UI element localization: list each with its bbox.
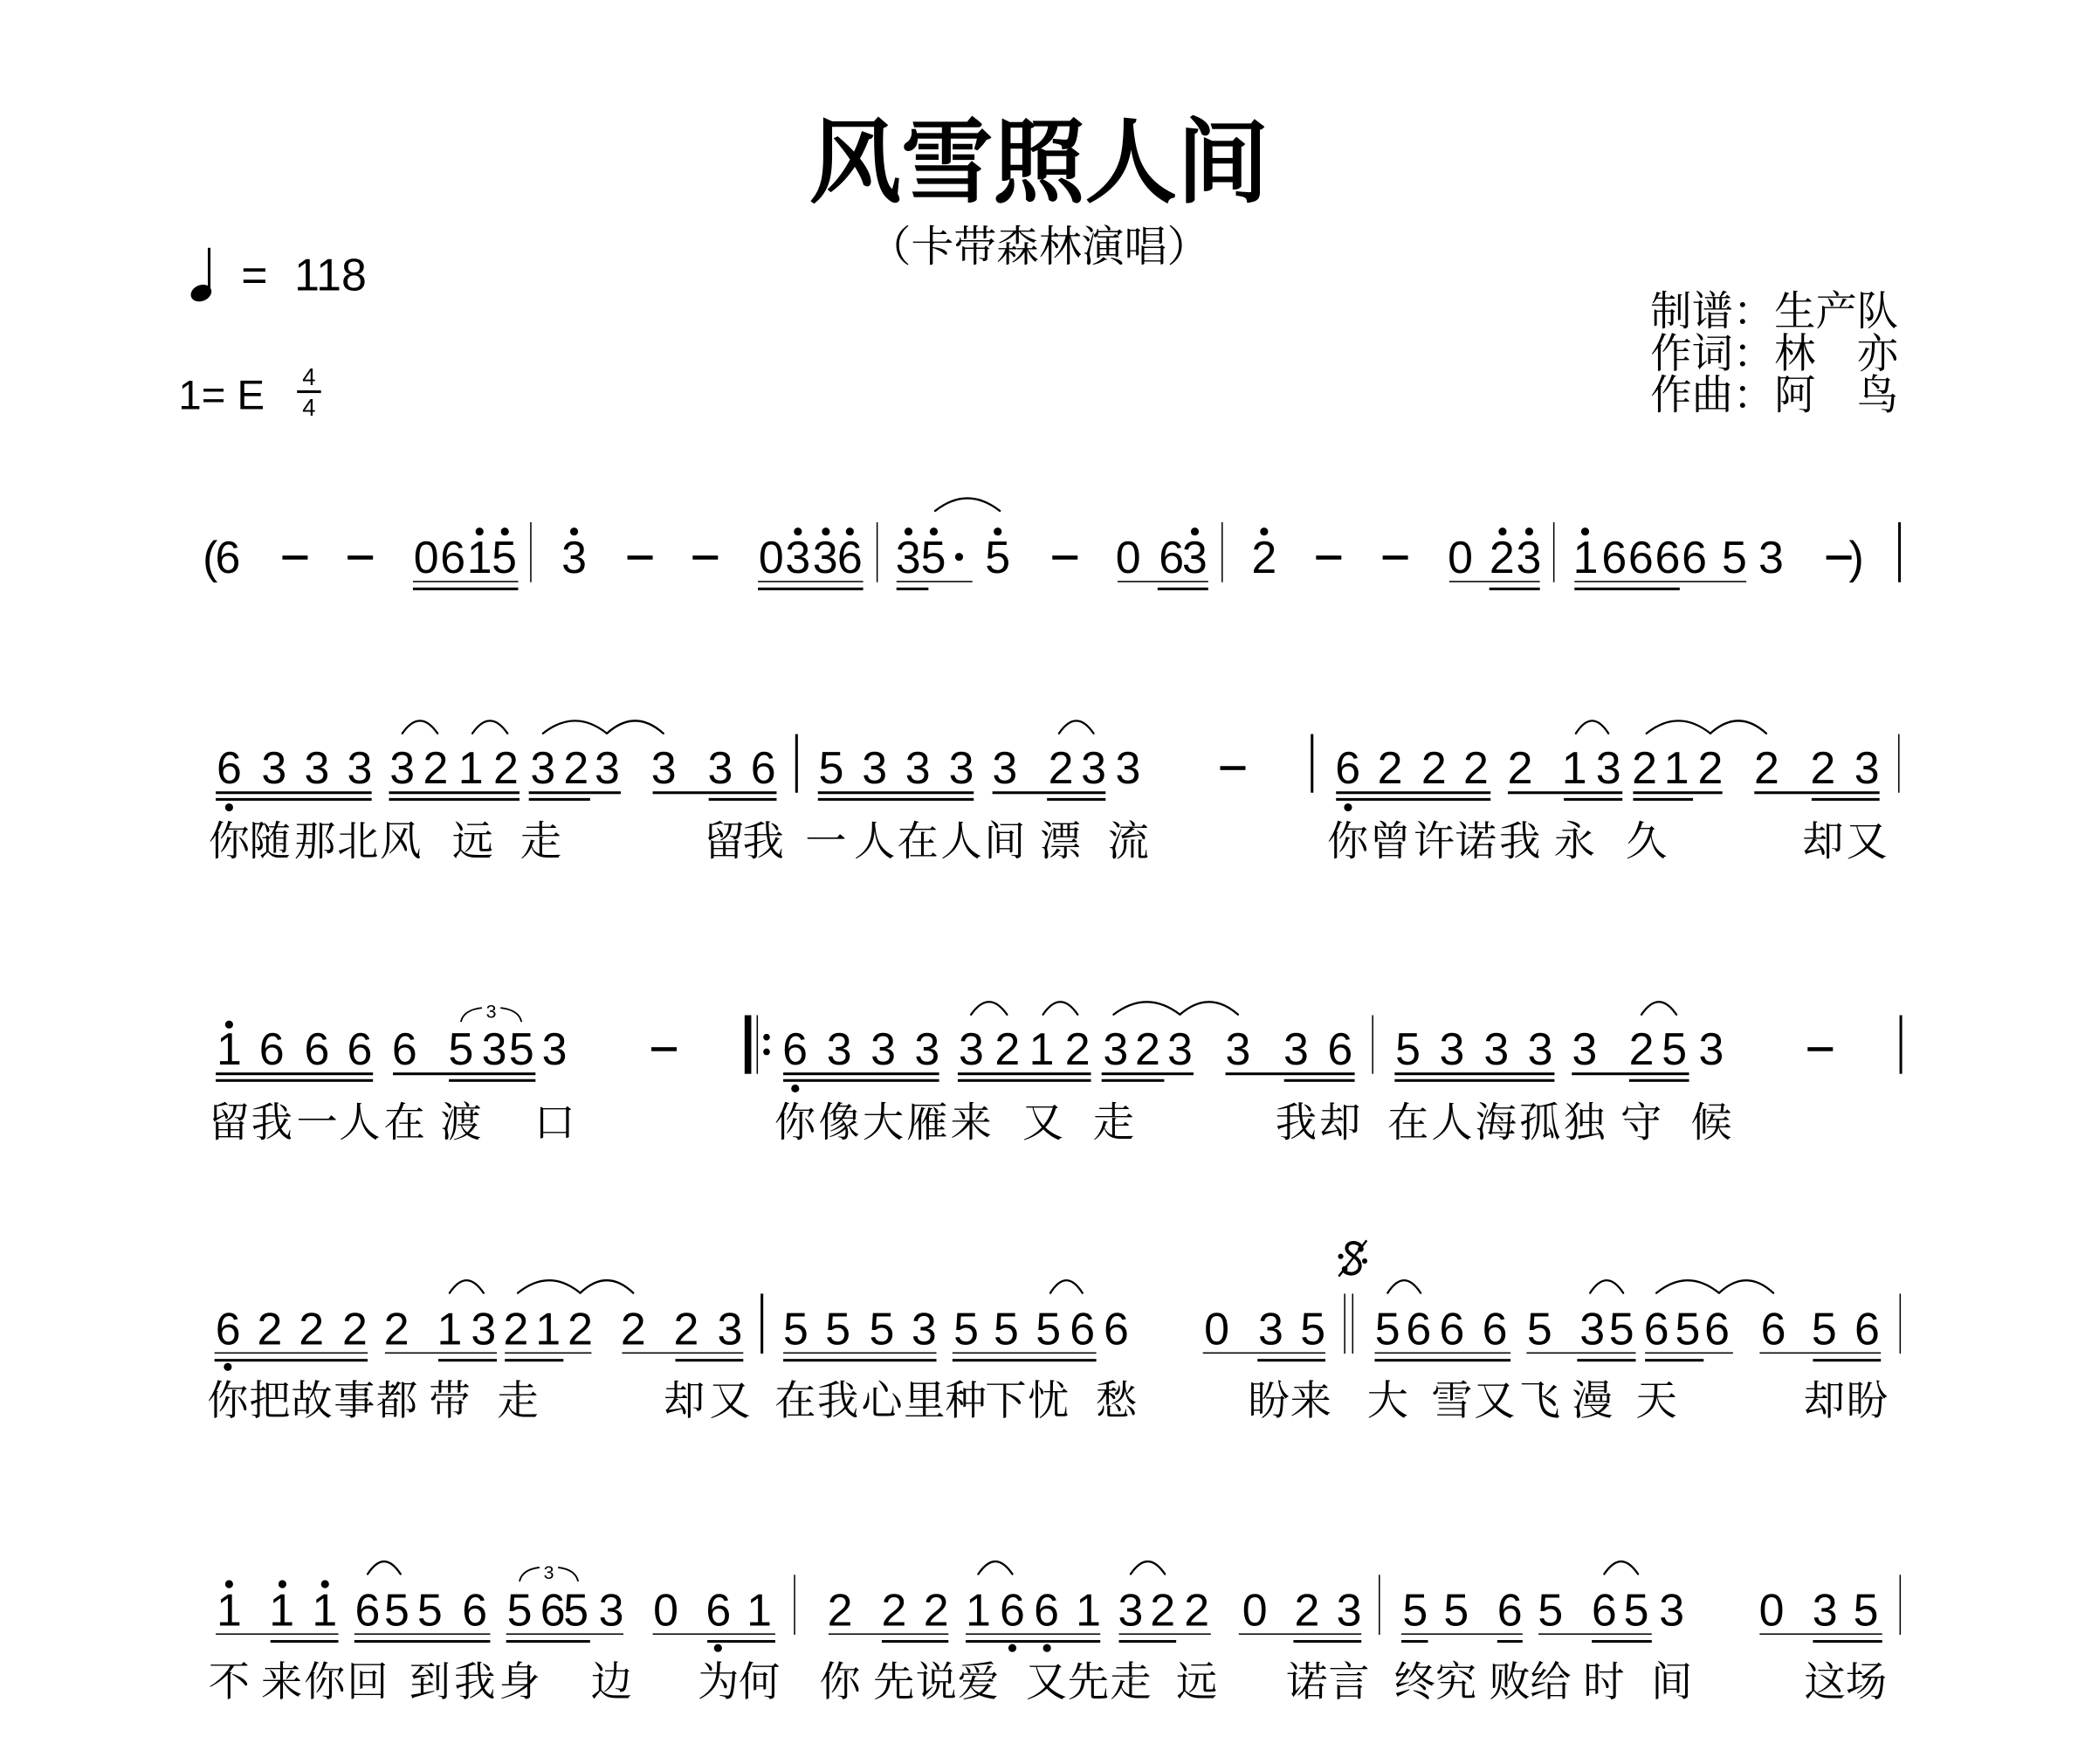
lyric-char: 把 (249, 1382, 290, 1423)
note: 1 (437, 1307, 462, 1353)
note: 6 (1335, 747, 1360, 792)
slur (1576, 720, 1608, 733)
note: 6 (392, 1028, 417, 1073)
note: 2 (1135, 1028, 1160, 1073)
slur (368, 1562, 401, 1575)
note: 3 (1596, 747, 1621, 792)
note: 6 (1483, 1307, 1508, 1353)
note: 2 (1490, 535, 1515, 581)
note: 5 (384, 1588, 409, 1633)
lyric-char: 在 (384, 1103, 425, 1144)
slur (581, 1281, 634, 1293)
lyric-char: 走 (520, 822, 561, 863)
time-signature-bottom: 4 (302, 396, 315, 419)
duration-underline (438, 1359, 497, 1361)
octave-down-dot (224, 1363, 232, 1371)
lyric-char: 我 (743, 822, 784, 863)
duration-underline (1538, 1633, 1652, 1636)
barline (1898, 734, 1900, 793)
note: 2 (1251, 535, 1276, 581)
note: 3 (959, 1028, 984, 1073)
lyric-char: 漫 (1572, 1382, 1613, 1423)
lyric-char: 又 (1474, 1382, 1515, 1423)
note: 1 (535, 1307, 561, 1353)
note: 5 (1722, 535, 1747, 581)
lyric-char: 远 (452, 822, 493, 863)
note: 5 (921, 535, 946, 581)
note: 1 (217, 1028, 242, 1073)
note: 3 (305, 747, 330, 792)
note: 3 (1758, 535, 1784, 581)
lyric-char: 人 (339, 1103, 380, 1144)
lyric-char: 飞 (1519, 1382, 1560, 1423)
barline (876, 523, 877, 582)
lyric-char: 孤 (1519, 1103, 1560, 1144)
score-row-2: 63333212323336533332336222213212223你随那北风… (0, 753, 2078, 872)
slur (607, 720, 664, 733)
lyric-char: 我 (251, 1103, 292, 1144)
note: 3 (347, 747, 372, 792)
note: 5 (825, 1307, 850, 1353)
note: 3 (482, 1028, 507, 1073)
note: 5 (819, 747, 844, 792)
lyric-char: 事 (334, 1382, 375, 1423)
slur (1387, 1281, 1421, 1293)
duration-underline (1395, 1072, 1555, 1075)
tuplet-bracket (558, 1568, 578, 1581)
duration-underline (784, 1352, 937, 1354)
lyric-char: 你 (207, 1382, 248, 1423)
lyric-char: 不 (209, 1663, 250, 1704)
tempo-bpm: 118 (294, 253, 367, 299)
octave-down-dot (714, 1644, 722, 1652)
slur (1043, 1002, 1078, 1014)
slur (450, 1281, 484, 1293)
lyric-char: 人 (940, 822, 981, 863)
lyric-char: 究 (1435, 1663, 1476, 1704)
double-barline (1352, 1294, 1353, 1354)
duration-underline (450, 1079, 535, 1082)
note: 5 (1300, 1307, 1325, 1353)
note: 2 (1065, 1028, 1091, 1073)
slur (1131, 1562, 1165, 1575)
duration-underline (215, 1359, 368, 1361)
note: 3 (870, 1028, 896, 1073)
time-signature-line (297, 390, 320, 392)
note: 6 (705, 1588, 731, 1633)
octave-down-dot (791, 1084, 799, 1092)
octave-up-dot (225, 1020, 233, 1028)
duration-underline (1102, 1079, 1164, 1082)
slur (1050, 1281, 1083, 1293)
duration-underline (216, 1072, 374, 1075)
note: 2 (1508, 747, 1533, 792)
lyric-char: 里 (904, 1382, 945, 1423)
note: 3 (949, 747, 974, 792)
note: 5 (1443, 1588, 1469, 1633)
note: 2 (1421, 747, 1447, 792)
sustain-dash (628, 555, 653, 560)
lyric-char: 候 (1690, 1103, 1731, 1144)
note: 3 (905, 747, 931, 792)
barline (1899, 1294, 1901, 1354)
lyric-char: 走 (1093, 1103, 1134, 1144)
credits-block: 制谱：生产队 作词：林 亦 作曲：阿 鸟 (1650, 292, 1898, 418)
lyric-char: 我 (454, 1663, 495, 1704)
duration-underline (958, 1072, 1091, 1075)
lyric-char: 何 (739, 1663, 780, 1704)
note: 5 (1675, 1307, 1701, 1353)
credit-composer: 作曲：阿 鸟 (1650, 376, 1898, 418)
note: 3 (862, 747, 887, 792)
slur (1604, 1562, 1638, 1575)
lyric-char: 你 (1327, 822, 1368, 863)
lyric-char: 盼 (1847, 1382, 1888, 1423)
lyric-char: 你 (819, 1663, 860, 1704)
duration-underline (1633, 799, 1693, 802)
note: 5 (509, 1028, 534, 1073)
song-title: 风雪照人间 (0, 119, 2078, 210)
lyric-char: 人 (1431, 1103, 1472, 1144)
duration-underline (882, 1640, 948, 1643)
duration-underline (1755, 791, 1879, 794)
quarter-note-stem (208, 247, 210, 291)
barline (1553, 523, 1555, 582)
lyric-char: 给 (1530, 1663, 1571, 1704)
note: 5 (1527, 1307, 1552, 1353)
duration-underline (1047, 799, 1106, 802)
note: 5 (783, 1307, 808, 1353)
note: 6 (1440, 1307, 1465, 1353)
duration-underline (1118, 1633, 1211, 1636)
lyric-char: 时 (1583, 1663, 1624, 1704)
note: 0 (653, 1588, 678, 1633)
key-signature: 1= E (178, 375, 265, 416)
lyric-char: 你 (209, 822, 250, 863)
lyric-char: 风 (380, 822, 421, 863)
lyric-char: 你 (304, 1663, 345, 1704)
slur (543, 720, 607, 733)
note: 2 (1049, 747, 1074, 792)
barline (1900, 1015, 1902, 1074)
note: 1 (1029, 1028, 1055, 1073)
note: 5 (507, 1588, 533, 1633)
note: 6 (837, 535, 863, 581)
slur (1656, 1281, 1719, 1293)
duration-underline (529, 791, 621, 794)
segno-icon (1335, 1238, 1371, 1279)
note: 2 (1378, 747, 1403, 792)
credit-lyricist: 作词：林 亦 (1650, 334, 1898, 376)
note: 3 (1225, 1028, 1250, 1073)
note: 5 (492, 535, 517, 581)
sustain-dash (1051, 555, 1077, 560)
note: 6 (1034, 1588, 1059, 1633)
score-row-5: 11165565653061222166132202355656530353不来… (0, 1594, 2078, 1713)
note: 1 (1562, 747, 1587, 792)
note: 3 (1167, 1028, 1193, 1073)
lyric-char: 又 (1022, 1103, 1063, 1144)
note: 2 (1810, 747, 1835, 792)
tuplet-bracket (500, 1008, 521, 1022)
lyric-char: 来 (951, 1103, 992, 1144)
note: 6 (1070, 1307, 1095, 1353)
repeat-start-thin-bar (756, 1015, 758, 1074)
duration-underline (1811, 799, 1879, 802)
slur (1641, 1002, 1676, 1014)
duration-underline (216, 1633, 339, 1636)
parenthesis: ) (1848, 535, 1863, 581)
duration-underline (270, 1640, 338, 1643)
note: 2 (423, 747, 448, 792)
note: 2 (1697, 747, 1723, 792)
duration-underline (675, 1359, 743, 1361)
note: 0 (414, 535, 439, 581)
note: 1 (312, 1588, 337, 1633)
note: 2 (1754, 747, 1779, 792)
lyric-char: 场 (1846, 1663, 1887, 1704)
duration-underline (818, 791, 974, 794)
note: 3 (1659, 1588, 1684, 1633)
note: 3 (542, 1028, 568, 1073)
lyric-char: 北 (337, 822, 378, 863)
octave-down-dot (225, 803, 233, 811)
note: 3 (813, 535, 838, 581)
octave-down-dot (1042, 1644, 1050, 1652)
barline (530, 523, 532, 582)
note: 5 (953, 1307, 979, 1353)
note: 1 (1573, 535, 1599, 581)
duration-underline (652, 1633, 775, 1636)
sustain-dash (1807, 1047, 1833, 1051)
duration-underline (1645, 1352, 1733, 1354)
note: 6 (1592, 1588, 1617, 1633)
note: 6 (305, 1028, 330, 1073)
note: 6 (751, 747, 776, 792)
duration-underline (897, 581, 973, 583)
repeat-start-thick-bar (744, 1015, 751, 1074)
note: 3 (595, 747, 620, 792)
duration-underline (967, 1640, 1101, 1643)
duration-underline (967, 1633, 1101, 1636)
note: 0 (1759, 1588, 1785, 1633)
note: 1 (1076, 1588, 1101, 1633)
note: 0 (759, 535, 784, 581)
lyric-char: 身 (499, 1663, 540, 1704)
duration-underline (1526, 1352, 1635, 1354)
lyric-char: 又 (1847, 822, 1888, 863)
note: 1 (458, 747, 484, 792)
note: 5 (994, 1307, 1019, 1353)
duration-underline (1395, 1079, 1555, 1082)
duration-underline (1574, 588, 1680, 590)
duration-underline (506, 1640, 589, 1643)
note: 3 (827, 1028, 852, 1073)
duration-underline (1572, 1072, 1689, 1075)
duration-underline (1374, 1352, 1510, 1354)
duration-underline (506, 1633, 623, 1636)
duration-underline (389, 799, 519, 802)
lyric-char: 先 (1068, 1663, 1109, 1704)
lyric-char: 口 (533, 1103, 575, 1144)
duration-underline (1336, 791, 1490, 794)
lyric-char: 你 (774, 1103, 815, 1144)
lyric-char: 人 (854, 822, 895, 863)
lyric-char: 我 (1499, 822, 1540, 863)
note: 3 (471, 1307, 496, 1353)
lyric-char: 先 (873, 1663, 914, 1704)
note: 3 (785, 535, 810, 581)
duration-underline (1508, 791, 1622, 794)
lyric-char: 雁 (906, 1103, 947, 1144)
duration-underline (393, 1072, 535, 1075)
lyric-char: 为 (698, 1663, 739, 1704)
slur (971, 1002, 1007, 1014)
lyric-char: 一 (296, 1103, 337, 1144)
note: 6 (1497, 1588, 1523, 1633)
lyric-char: 忧 (1028, 1382, 1069, 1423)
note: 5 (1375, 1307, 1400, 1353)
note: 5 (417, 1588, 443, 1633)
lyric-char: 海 (1476, 1103, 1517, 1144)
lyric-char: 流 (1108, 822, 1149, 863)
score-row-3: 16666535363333212323336533332533留我一人在渡口你… (0, 1033, 2078, 1153)
note: 3 (389, 747, 415, 792)
barline (795, 734, 797, 793)
sustain-dash (347, 555, 372, 560)
lyric-char: 诺 (1455, 822, 1497, 863)
note: 2 (1632, 747, 1657, 792)
note: 6 (1655, 535, 1681, 581)
duration-underline (897, 588, 929, 590)
lyric-char: 愁 (1096, 1382, 1137, 1423)
slur (1113, 1002, 1180, 1014)
slur (518, 1281, 581, 1293)
sustain-dash (282, 555, 307, 560)
lyric-char: 天 (1635, 1382, 1676, 1423)
note: 3 (1699, 1028, 1724, 1073)
duration-underline (216, 799, 371, 802)
note: 6 (1159, 535, 1184, 581)
octave-down-dot (1008, 1644, 1016, 1652)
note: 2 (674, 1307, 699, 1353)
lyric-char: 回 (347, 1663, 388, 1704)
note: 5 (1812, 1307, 1837, 1353)
double-barline (1344, 1294, 1345, 1354)
note: 3 (1517, 535, 1542, 581)
duration-underline (1760, 1352, 1882, 1354)
note: 2 (882, 1588, 907, 1633)
lyric-char: 故 (291, 1382, 332, 1423)
repeat-dot (764, 1034, 771, 1041)
lyric-char: 来 (1290, 1382, 1331, 1423)
note: 5 (985, 535, 1010, 581)
note: 3 (912, 1307, 937, 1353)
lyric-char: 种 (945, 1382, 986, 1423)
note: 6 (1704, 1307, 1730, 1353)
duration-underline (385, 1352, 497, 1354)
lyric-char: 一 (805, 822, 846, 863)
note: 3 (1081, 747, 1106, 792)
note: 5 (1662, 1028, 1687, 1073)
note: 3 (914, 1028, 939, 1073)
note: 6 (540, 1588, 566, 1633)
duration-underline (216, 791, 371, 794)
duration-underline (1577, 1359, 1635, 1361)
note: 3 (1483, 1028, 1509, 1073)
octave-down-dot (1344, 803, 1352, 811)
note: 6 (462, 1588, 487, 1633)
note: 3 (561, 535, 587, 581)
slur (403, 720, 437, 733)
duration-underline (953, 1359, 1097, 1361)
note: 6 (1000, 1588, 1025, 1633)
note: 5 (1624, 1588, 1649, 1633)
note: 6 (1406, 1307, 1431, 1353)
duration-underline (1117, 581, 1208, 583)
slur (978, 1562, 1012, 1575)
lyric-char: 来 (261, 1663, 302, 1704)
note: 3 (1337, 1588, 1362, 1633)
note: 5 (1538, 1588, 1563, 1633)
barline (794, 1575, 795, 1635)
lyric-char: 我 (817, 1382, 858, 1423)
duration-underline (706, 1640, 774, 1643)
duration-underline (1336, 799, 1490, 802)
note: 5 (448, 1028, 473, 1073)
lyric-char: 留 (704, 822, 745, 863)
slur (935, 499, 1000, 511)
duration-underline (652, 791, 777, 794)
lyric-char: 带 (429, 1382, 470, 1423)
duration-underline (354, 1633, 490, 1636)
lyric-char: 独 (1564, 1103, 1605, 1144)
note: 2 (621, 1307, 646, 1353)
lyric-char: 我 (1276, 1103, 1317, 1144)
note: 3 (599, 1588, 624, 1633)
note: 2 (342, 1307, 368, 1353)
note: 6 (782, 1028, 808, 1073)
duration-underline (1226, 1072, 1354, 1075)
duration-underline (758, 581, 864, 583)
duration-underline (413, 588, 519, 590)
note: 5 (870, 1307, 895, 1353)
lyric-char: 败 (1489, 1663, 1530, 1704)
tuplet-bracket (519, 1568, 540, 1581)
duration-underline (818, 799, 974, 802)
tuplet-number: 3 (544, 1562, 554, 1581)
note: 3 (261, 747, 286, 792)
lyric-char: 又 (1026, 1663, 1067, 1704)
lyric-char: 到 (409, 1663, 451, 1704)
note: 3 (1115, 747, 1140, 792)
note: 2 (1629, 1028, 1655, 1073)
lyric-char: 言 (1328, 1663, 1369, 1704)
duration-underline (1628, 1079, 1689, 1082)
note: 3 (992, 747, 1017, 792)
lyric-char: 却 (664, 1382, 705, 1423)
tuplet-number: 3 (486, 1002, 497, 1020)
lyric-char: 留 (209, 1103, 250, 1144)
note: 3 (651, 747, 677, 792)
slur (472, 720, 507, 733)
duration-underline (1256, 1359, 1325, 1361)
score-row-1: (606153033635506320231666653) (0, 541, 2078, 661)
duration-underline (828, 1633, 948, 1636)
note: 3 (1440, 1028, 1465, 1073)
note: 1 (747, 1588, 772, 1633)
note: 2 (568, 1307, 593, 1353)
